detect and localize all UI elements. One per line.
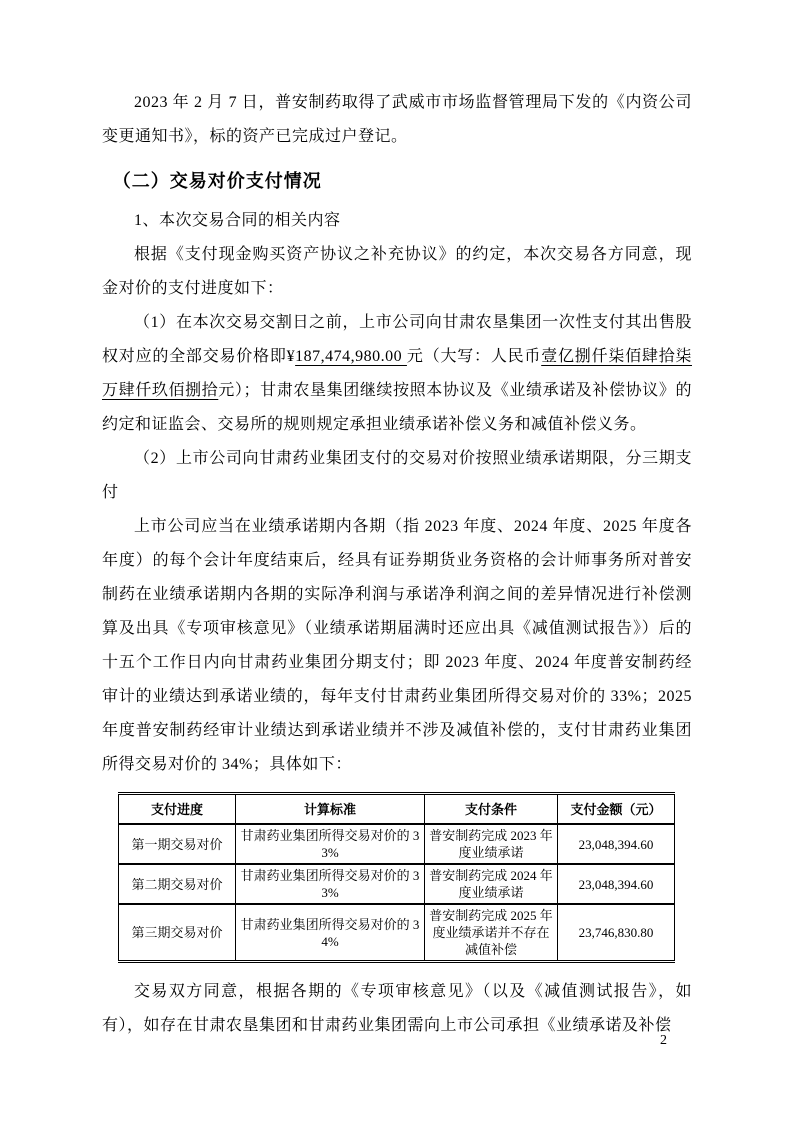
cell-amount: 23,746,830.80 <box>558 904 675 962</box>
page-content: 2023 年 2 月 7 日，普安制药取得了武威市市场监督管理局下发的《内资公司… <box>102 86 692 1043</box>
text-segment: 元（大写：人民币 <box>407 348 541 365</box>
cell-amount: 23,048,394.60 <box>558 824 675 864</box>
table-header-row: 支付进度 计算标准 支付条件 支付金额（元） <box>119 794 675 825</box>
cell-stage: 第二期交易对价 <box>119 864 236 904</box>
cell-standard: 甘肃药业集团所得交易对价的 33% <box>236 824 425 864</box>
cell-condition: 普安制药完成 2023 年度业绩承诺 <box>425 824 558 864</box>
paragraph-point-2: （2）上市公司向甘肃药业集团支付的交易对价按照业绩承诺期限，分三期支付 <box>102 442 692 510</box>
table-row: 第三期交易对价 甘肃药业集团所得交易对价的 34% 普安制药完成 2025 年度… <box>119 904 675 962</box>
paragraph-closing: 交易双方同意，根据各期的《专项审核意见》（以及《减值测试报告》，如有），如存在甘… <box>102 975 692 1043</box>
document-page: 2023 年 2 月 7 日，普安制药取得了武威市市场监督管理局下发的《内资公司… <box>0 0 794 1122</box>
cell-condition: 普安制药完成 2024 年度业绩承诺 <box>425 864 558 904</box>
table-header-amount: 支付金额（元） <box>558 794 675 825</box>
paragraph-agreement: 根据《支付现金购买资产协议之补充协议》的约定，本次交易各方同意，现金对价的支付进… <box>102 238 692 306</box>
cell-amount: 23,048,394.60 <box>558 864 675 904</box>
paragraph-point-1: （1）在本次交易交割日之前，上市公司向甘肃农垦集团一次性支付其出售股权对应的全部… <box>102 306 692 442</box>
page-number: 2 <box>660 1032 667 1050</box>
table-header-condition: 支付条件 <box>425 794 558 825</box>
item-1-title: 1、本次交易合同的相关内容 <box>102 204 692 238</box>
cell-stage: 第一期交易对价 <box>119 824 236 864</box>
payment-amount-figure: 187,474,980.00 <box>295 348 407 365</box>
paragraph-schedule: 上市公司应当在业绩承诺期内各期（指 2023 年度、2024 年度、2025 年… <box>102 510 692 782</box>
table-row: 第二期交易对价 甘肃药业集团所得交易对价的 33% 普安制药完成 2024 年度… <box>119 864 675 904</box>
cell-condition: 普安制药完成 2025 年度业绩承诺并不存在减值补偿 <box>425 904 558 962</box>
payment-schedule-table: 支付进度 计算标准 支付条件 支付金额（元） 第一期交易对价 甘肃药业集团所得交… <box>118 792 675 963</box>
section-heading: （二）交易对价支付情况 <box>102 168 692 194</box>
table-row: 第一期交易对价 甘肃药业集团所得交易对价的 33% 普安制药完成 2023 年度… <box>119 824 675 864</box>
cell-stage: 第三期交易对价 <box>119 904 236 962</box>
paragraph-registration: 2023 年 2 月 7 日，普安制药取得了武威市市场监督管理局下发的《内资公司… <box>102 86 692 154</box>
cell-standard: 甘肃药业集团所得交易对价的 33% <box>236 864 425 904</box>
table-header-stage: 支付进度 <box>119 794 236 825</box>
table-header-standard: 计算标准 <box>236 794 425 825</box>
cell-standard: 甘肃药业集团所得交易对价的 34% <box>236 904 425 962</box>
